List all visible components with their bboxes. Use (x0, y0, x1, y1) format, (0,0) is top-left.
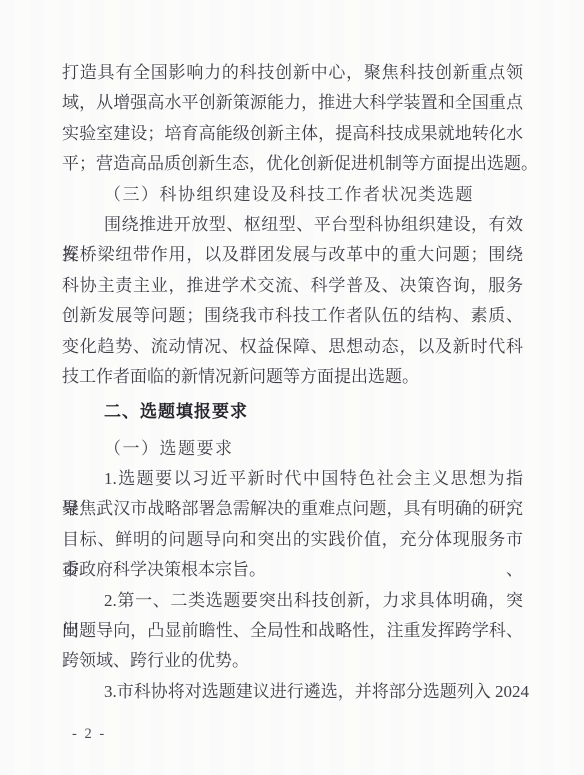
heading-part-2: 二、选题填报要求 (62, 397, 523, 427)
heading-item-1: （一）选题要求 (62, 434, 523, 464)
text-line: 1.选题要以习近平新时代中国特色社会主义思想为指导， (62, 464, 523, 494)
text-line: 域，从增强高水平创新策源能力，推进大科学装置和全国重点 (62, 88, 523, 118)
scanned-document-page: 打造具有全国影响力的科技创新中心，聚焦科技创新重点领 域，从增强高水平创新策源能… (0, 0, 584, 775)
text-line: 创新发展等问题；围绕我市科技工作者队伍的结构、素质、 (62, 301, 523, 331)
text-line: 挥桥梁纽带作用，以及群团发展与改革中的重大问题；围绕 (62, 240, 523, 270)
text-line: 聚焦武汉市战略部署急需解决的重难点问题，具有明确的研究 (62, 494, 523, 524)
text-line: 变化趋势、流动情况、权益保障、思想动态，以及新时代科 (62, 332, 523, 362)
heading-section-3: （三）科协组织建设及科技工作者状况类选题 (62, 180, 523, 210)
text-line: 2.第一、二类选题要突出科技创新，力求具体明确，突出 (62, 586, 523, 616)
text-line: 3.市科协将对选题建议进行遴选，并将部分选题列入 2024 (62, 677, 523, 707)
text-line: 技工作者面临的新情况新问题等方面提出选题。 (62, 362, 523, 392)
text-line: 目标、鲜明的问题导向和突出的实践价值，充分体现服务市委、 (62, 525, 523, 555)
document-body: 打造具有全国影响力的科技创新中心，聚焦科技创新重点领 域，从增强高水平创新策源能… (62, 58, 523, 707)
text-line: 问题导向，凸显前瞻性、全局性和战略性，注重发挥跨学科、 (62, 616, 523, 646)
page-number: - 2 - (72, 724, 106, 744)
text-line: 科协主责主业，推进学术交流、科学普及、决策咨询，服务 (62, 271, 523, 301)
text-line: 围绕推进开放型、枢纽型、平台型科协组织建设，有效发 (62, 210, 523, 240)
text-line: 打造具有全国影响力的科技创新中心，聚焦科技创新重点领 (62, 58, 523, 88)
text-line: 实验室建设；培育高能级创新主体，提高科技成果就地转化水 (62, 119, 523, 149)
text-line: 跨领域、跨行业的优势。 (62, 646, 523, 676)
text-line: 平；营造高品质创新生态，优化创新促进机制等方面提出选题。 (62, 149, 523, 179)
